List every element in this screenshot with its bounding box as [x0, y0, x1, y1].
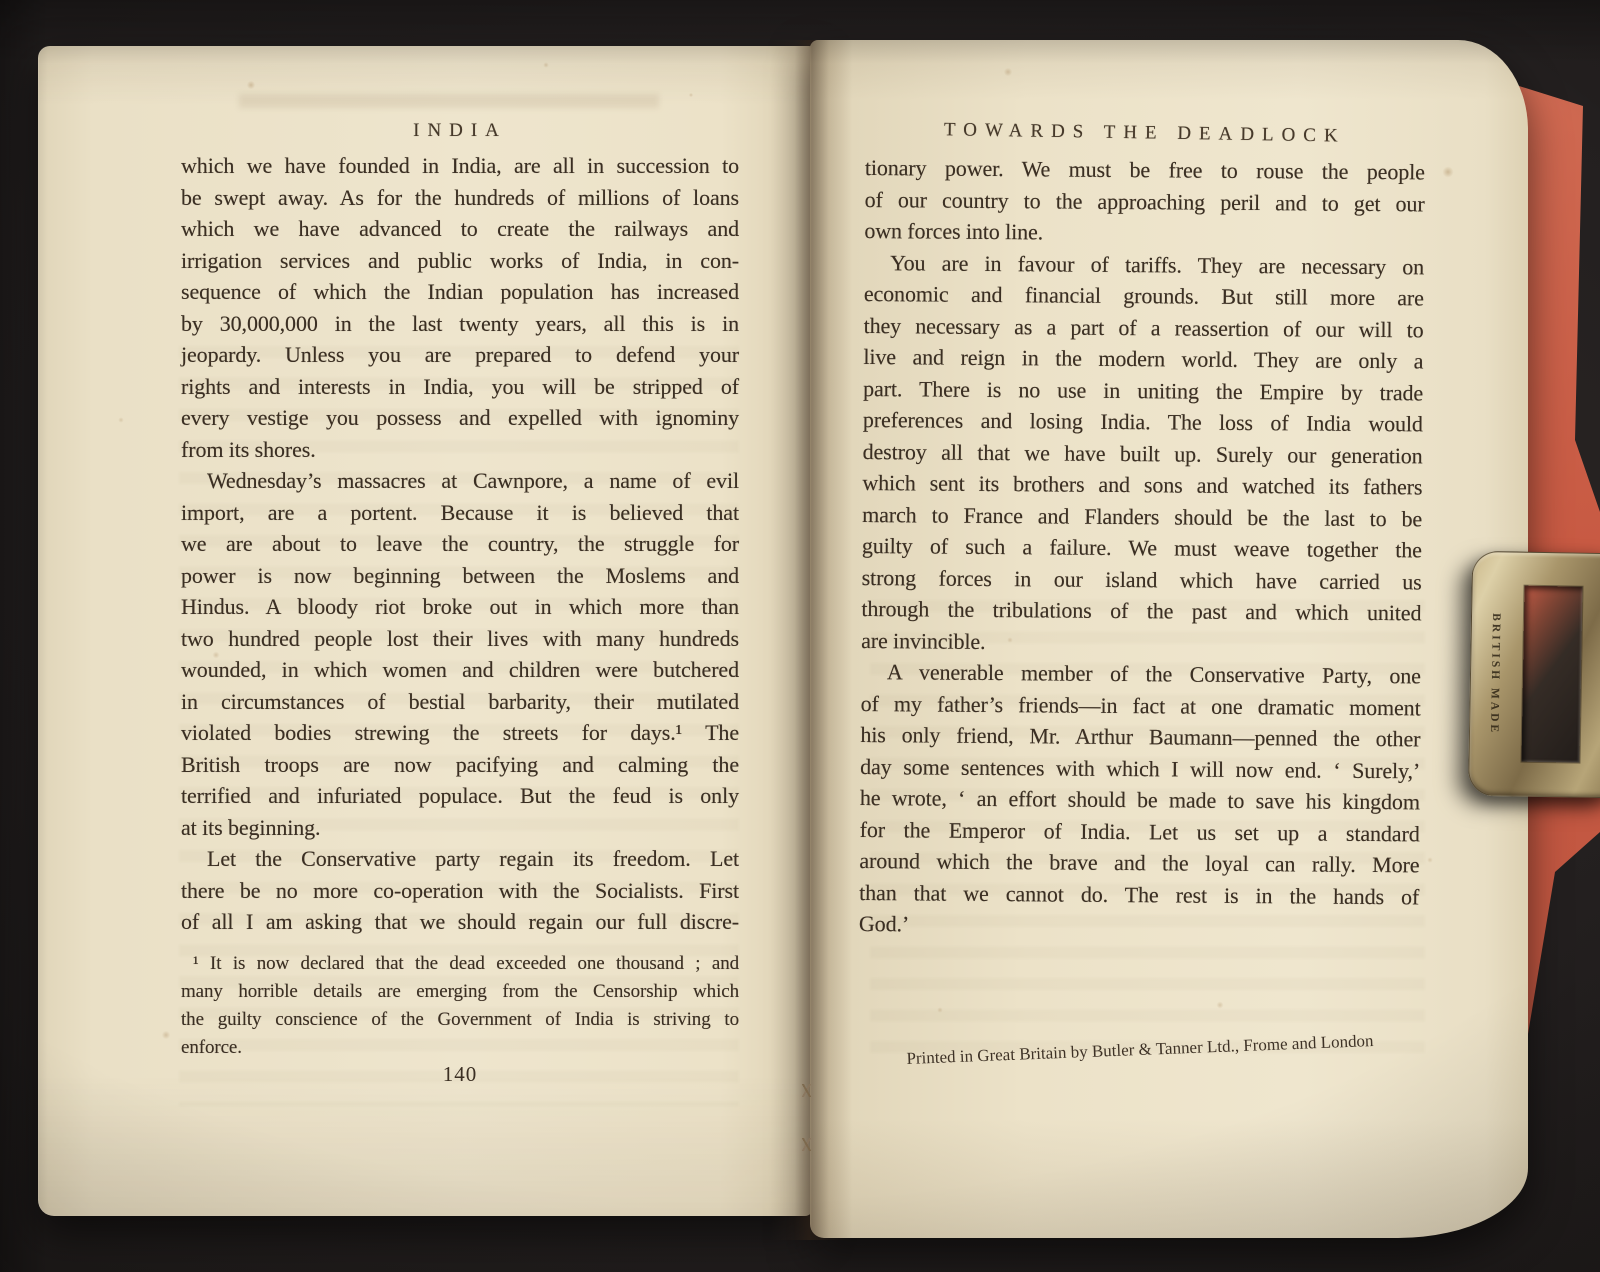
- text-line: part. There is no use in uniting the Emp…: [863, 372, 1423, 408]
- text-line: live and reign in the modern world. They…: [863, 341, 1423, 377]
- text-line: than that we cannot do. The rest is in t…: [859, 876, 1419, 912]
- text-line: through the tribulations of the past and…: [861, 593, 1421, 629]
- show-through-header: [239, 94, 659, 108]
- right-page: TOWARDS THE DEADLOCK tionary power. We m…: [810, 40, 1528, 1238]
- text-line: Wednesday’s massacres at Cawnpore, a nam…: [181, 465, 739, 497]
- page-number: 140: [181, 1062, 739, 1087]
- text-line: are invincible.: [861, 624, 1421, 660]
- right-running-head: TOWARDS THE DEADLOCK: [865, 118, 1425, 149]
- paragraph: Let the Conservative party regain its fr…: [181, 843, 739, 938]
- text-line: destroy all that we have built up. Surel…: [863, 435, 1423, 471]
- buckle-stamp: BRITISH MADE: [1478, 588, 1511, 760]
- photo-background: INDIA which we have founded in India, ar…: [0, 0, 1600, 1272]
- left-page-body: which we have founded in India, are all …: [181, 150, 739, 938]
- text-line: by 30,000,000 in the last twenty years, …: [181, 308, 739, 340]
- text-line: his only friend, Mr. Arthur Baumann—penn…: [860, 719, 1420, 755]
- text-line: from its shores.: [181, 434, 739, 466]
- paragraph: tionary power. We must be free to rouse …: [864, 152, 1425, 251]
- text-line: irrigation services and public works of …: [181, 245, 739, 277]
- text-line: we are about to leave the country, the s…: [181, 528, 739, 560]
- text-line: preferences and losing India. The loss o…: [863, 404, 1423, 440]
- text-line: every vestige you possess and expelled w…: [181, 402, 739, 434]
- text-line: ¹ It is now declared that the dead excee…: [181, 950, 739, 978]
- text-line: which we have advanced to create the rai…: [181, 213, 739, 245]
- text-line: there be no more co-operation with the S…: [181, 875, 739, 907]
- text-line: of our country to the approaching peril …: [865, 183, 1425, 219]
- text-line: of my father’s friends—in fact at one dr…: [861, 687, 1421, 723]
- text-line: Let the Conservative party regain its fr…: [181, 843, 739, 875]
- colophon: Printed in Great Britain by Butler & Tan…: [850, 1029, 1430, 1071]
- text-line: enforce.: [181, 1034, 739, 1062]
- text-line: be swept away. As for the hundreds of mi…: [181, 182, 739, 214]
- text-line: A venerable member of the Conservative P…: [861, 656, 1421, 692]
- text-line: many horrible details are emerging from …: [181, 978, 739, 1006]
- text-line: in circumstances of bestial barbarity, t…: [181, 686, 739, 718]
- paragraph: You are in favour of tariffs. They are n…: [861, 246, 1424, 660]
- text-line: You are in favour of tariffs. They are n…: [864, 246, 1424, 282]
- text-line: terrified and infuriated populace. But t…: [181, 780, 739, 812]
- left-running-head: INDIA: [181, 120, 739, 142]
- text-line: they necessary as a part of a reassertio…: [864, 309, 1424, 345]
- text-line: guilty of such a failure. We must weave …: [862, 530, 1422, 566]
- text-line: at its beginning.: [181, 812, 739, 844]
- text-line: for the Emperor of India. Let us set up …: [860, 813, 1420, 849]
- text-line: march to France and Flanders should be t…: [862, 498, 1422, 534]
- text-line: which sent its brothers and sons and wat…: [862, 467, 1422, 503]
- text-line: import, are a portent. Because it is bel…: [181, 497, 739, 529]
- text-line: jeopardy. Unless you are prepared to def…: [181, 339, 739, 371]
- paragraph: Wednesday’s massacres at Cawnpore, a nam…: [181, 465, 739, 843]
- buckle-opening: [1521, 586, 1582, 763]
- paragraph: ¹ It is now declared that the dead excee…: [181, 950, 739, 1062]
- text-line: two hundred people lost their lives with…: [181, 623, 739, 655]
- text-line: economic and financial grounds. But stil…: [864, 278, 1424, 314]
- text-line: which we have founded in India, are all …: [181, 150, 739, 182]
- text-line: violated bodies strewing the streets for…: [181, 717, 739, 749]
- text-line: of all I am asking that we should regain…: [181, 906, 739, 938]
- paragraph: A venerable member of the Conservative P…: [859, 656, 1421, 944]
- text-line: day some sentences with which I will now…: [860, 750, 1420, 786]
- paragraph: which we have founded in India, are all …: [181, 150, 739, 465]
- text-line: Hindus. A bloody riot broke out in which…: [181, 591, 739, 623]
- left-page: INDIA which we have founded in India, ar…: [38, 46, 813, 1216]
- text-line: power is now beginning between the Mosle…: [181, 560, 739, 592]
- text-line: around which the brave and the loyal can…: [859, 845, 1419, 881]
- text-line: wounded, in which women and children wer…: [181, 654, 739, 686]
- text-line: sequence of which the Indian population …: [181, 276, 739, 308]
- text-line: tionary power. We must be free to rouse …: [865, 152, 1425, 188]
- text-line: God.’: [859, 908, 1419, 944]
- right-page-body: tionary power. We must be free to rouse …: [859, 152, 1425, 944]
- footnote: ¹ It is now declared that the dead excee…: [181, 950, 739, 1062]
- text-line: he wrote, ‘ an effort should be made to …: [860, 782, 1420, 818]
- text-line: strong forces in our island which have c…: [862, 561, 1422, 597]
- text-line: rights and interests in India, you will …: [181, 371, 739, 403]
- text-line: the guilty conscience of the Government …: [181, 1006, 739, 1034]
- text-line: British troops are now pacifying and cal…: [181, 749, 739, 781]
- text-line: own forces into line.: [864, 215, 1424, 251]
- clasp-buckle: BRITISH MADE: [1468, 551, 1600, 798]
